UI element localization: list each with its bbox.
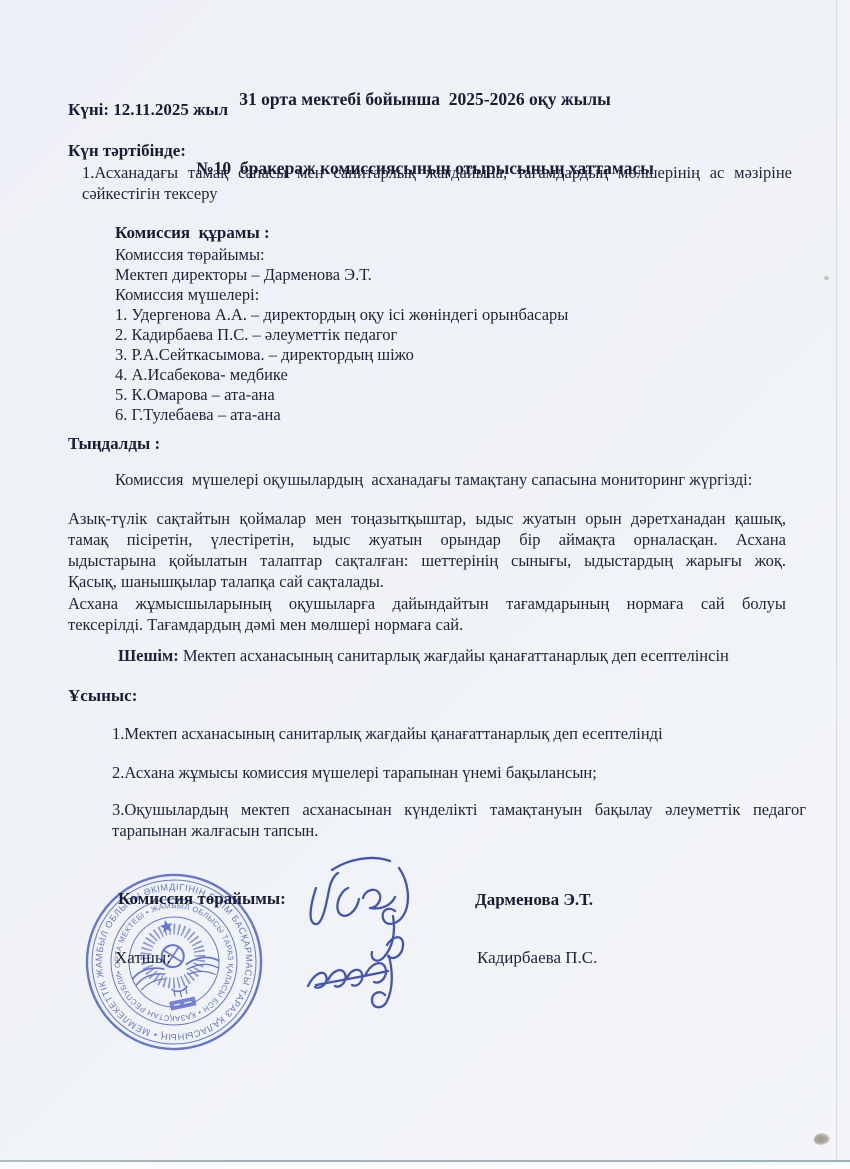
scan-bottom-strip [0,1162,850,1169]
proposal-item-2: 2.Асхана жұмысы комиссия мүшелері тарапы… [112,763,802,783]
signatures-graphic [300,848,475,1018]
sign-chair-label: Комиссия төрайымы: [118,889,286,909]
paragraph-line: тексерілді. Тағамдардың дәмі мен мөлшері… [68,614,786,635]
chair-signature [311,858,408,961]
agenda-item-line2: сәйкестігін тексеру [82,183,792,204]
commission-chair-label: Комиссия төрайымы: [115,245,795,265]
date-line: Күні: 12.11.2025 жыл [68,100,228,120]
decision-line: Шешім: Мектеп асханасының санитарлық жағ… [118,646,798,666]
commission-list: Комиссия төрайымы: Мектеп директоры – Да… [115,245,795,425]
paragraph-line: ыдыстарына қойылатын талаптар сақталған:… [68,550,786,571]
paragraph-line: тамақ пісіретін, үлестіретін, ыдыс жуаты… [68,529,786,550]
signature-strokes [300,848,475,1018]
paragraph-line: Қасық, шанышқылар талапқа сай сақталады. [68,571,786,592]
paragraph-line: 3.Оқушылардың мектеп асханасынан күнделі… [112,799,806,820]
decision-label: Шешім: [118,646,179,665]
heard-heading: Тыңдалды : [68,434,160,454]
sign-secretary-label: Хатшы: [115,948,171,968]
paragraph-line: тарапынан жалғасын тапсын. [112,820,806,841]
agenda-item: 1.Асханадағы тамақ сапасы мен санитарлық… [82,162,792,204]
commission-member: 4. А.Исабекова- медбике [115,365,795,385]
agenda-item-line1: 1.Асханадағы тамақ сапасы мен санитарлық… [82,162,792,183]
heard-paragraph-2: Асхана жұмысшыларының оқушыларға дайында… [68,593,786,635]
sign-chair-name: Дарменова Э.Т. [475,890,593,910]
scan-speck [824,276,829,280]
commission-member: 6. Г.Тулебаева – ата-ана [115,405,795,425]
commission-member: 2. Кадирбаева П.С. – әлеуметтік педагог [115,325,795,345]
proposal-item-3: 3.Оқушылардың мектеп асханасынан күнделі… [112,799,806,841]
commission-member: 5. К.Омарова – ата-ана [115,385,795,405]
commission-chair-line: Мектеп директоры – Дарменова Э.Т. [115,265,795,285]
paragraph-line: Азық-түлік сақтайтын қоймалар мен тоңазы… [68,508,786,529]
heard-paragraph-1: Азық-түлік сақтайтын қоймалар мен тоңазы… [68,508,786,592]
commission-member: 3. Р.А.Сейткасымова. – директордың шіжо [115,345,795,365]
commission-members-label: Комиссия мүшелері: [115,285,795,305]
commission-heading: Комиссия құрамы : [115,223,270,243]
decision-text: Мектеп асханасының санитарлық жағдайы қа… [179,646,729,665]
commission-member: 1. Удергенова А.А. – директордың оқу ісі… [115,305,795,325]
sign-secretary-name: Кадирбаева П.С. [477,948,597,968]
agenda-heading: Күн тәртібінде: [68,141,186,161]
heard-intro: Комиссия мүшелері оқушылардың асханадағы… [115,470,752,490]
stamp-code-box [169,996,196,1010]
proposal-heading: Ұсыныс: [68,686,137,706]
proposal-item-1: 1.Мектеп асханасының санитарлық жағдайы … [112,724,802,744]
scanned-protocol-page: 31 орта мектебі бойынша 2025-2026 оқу жы… [0,0,850,1169]
scan-smudge-mark [814,1133,830,1145]
paragraph-line: Асхана жұмысшыларының оқушыларға дайында… [68,593,786,614]
